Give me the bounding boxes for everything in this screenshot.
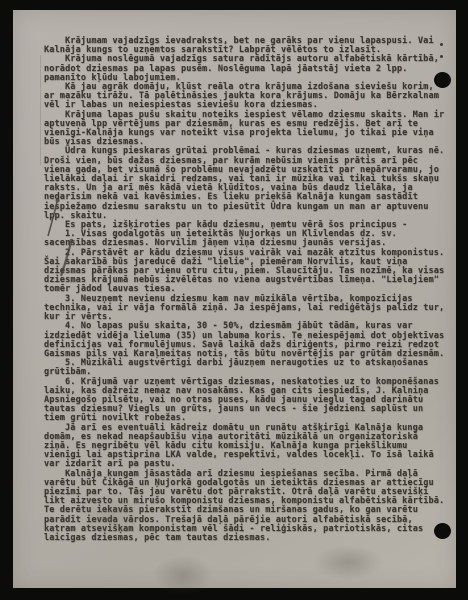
hole-punch-top	[434, 72, 451, 88]
paper-smudge-1	[153, 555, 213, 595]
paragraph-second-edition: Kā jau agrāk domāju, kļūst reāla otra kr…	[44, 83, 445, 111]
list-item-1: 1. Visas godalgotās un ieteiktās Ņujorka…	[44, 230, 445, 248]
list-item-2: 2. Pārstāvēt ar kādu dziesmu visus vairā…	[44, 249, 445, 295]
hole-punch-bottom	[434, 523, 451, 539]
paragraph-authority: Jā arī es eventuāli kādreiz domātu un ru…	[44, 424, 445, 470]
list-item-5: 5. Mūzikāli augstvērtīgi darbi jāuzņem n…	[44, 359, 445, 377]
paragraph-selection-problem: Ūdra kungs pieskaras grūtai problēmai - …	[44, 147, 445, 221]
list-item-3: 3. Neuzņemt nevienu dziesmu kam nav mūzi…	[44, 295, 445, 323]
margin-ink-dot-2	[440, 55, 443, 58]
paragraph-page-count: Krājuma lapas pušu skaitu noteiks iespie…	[44, 111, 445, 148]
paper-fold-line	[40, 55, 41, 165]
scan-background: { "page": { "paper_color": "#b2aea7", "i…	[0, 0, 468, 600]
paragraph-index-requirement: Krājuma noslēgumā vajadzīgs satura rādīt…	[44, 55, 445, 83]
paragraph-intro-request: Krājumam vajadzīgs ievadraksts, bet ne g…	[44, 37, 445, 55]
list-item-4: 4. No lapas pušu skaita, 30 - 50%, dzies…	[44, 322, 445, 359]
pen-mark-left-margin	[27, 180, 87, 290]
list-item-6: 6. Krājumā var uzņemt vērtīgas dziesmas,…	[44, 378, 445, 424]
typed-text-block: Krājumam vajadzīgs ievadraksts, bet ne g…	[44, 37, 445, 543]
paper-smudge-2	[313, 545, 383, 580]
paper-smudge-3	[73, 490, 153, 540]
document-page: Krājumam vajadzīgs ievadraksts, bet ne g…	[13, 10, 456, 588]
margin-ink-dot-1	[440, 43, 443, 46]
